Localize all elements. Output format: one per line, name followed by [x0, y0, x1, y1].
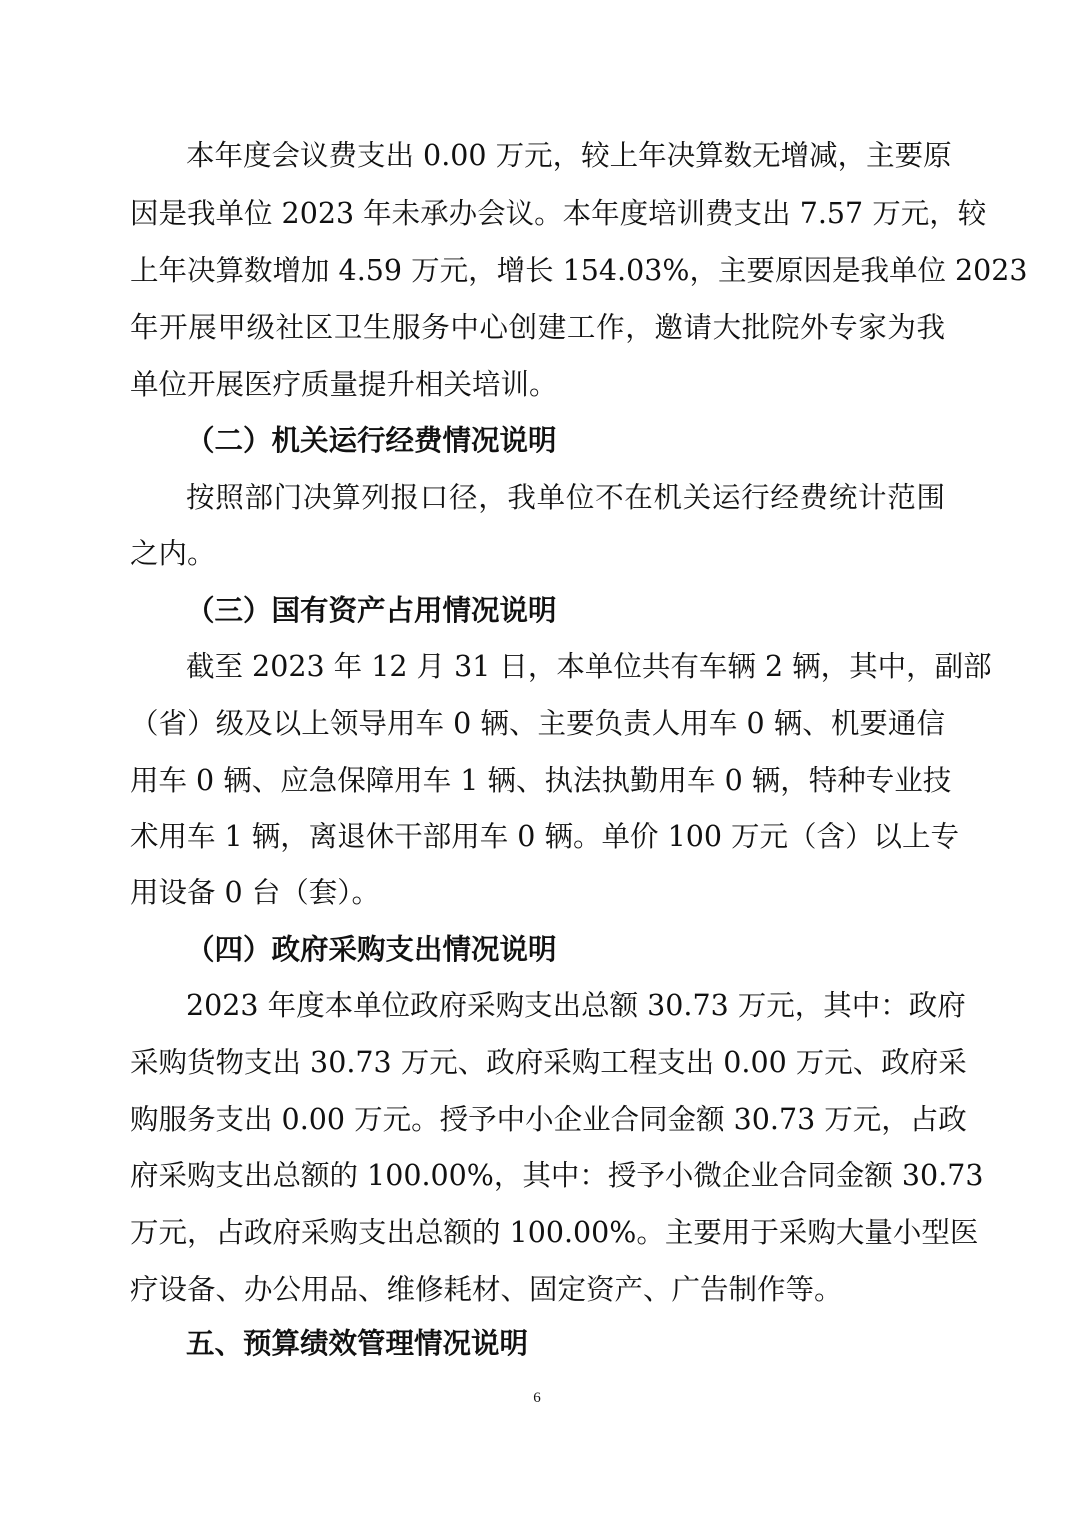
paragraph-line: 万元，占政府采购支出总额的 100.00%。主要用于采购大量小型医 [130, 1213, 945, 1253]
paragraph-line: 单位开展医疗质量提升相关培训。 [130, 365, 945, 405]
paragraph-line: 因是我单位 2023 年未承办会议。本年度培训费支出 7.57 万元，较 [130, 194, 945, 234]
section-heading-operating-expenses: （二）机关运行经费情况说明 [186, 420, 557, 460]
paragraph-line: 本年度会议费支出 0.00 万元，较上年决算数无增减，主要原 [186, 136, 945, 176]
section-heading-state-assets: （三）国有资产占用情况说明 [186, 590, 557, 630]
paragraph-line: 上年决算数增加 4.59 万元，增长 154.03%，主要原因是我单位 2023 [130, 251, 945, 291]
paragraph-line: 2023 年度本单位政府采购支出总额 30.73 万元，其中：政府 [186, 986, 945, 1026]
paragraph-line: 按照部门决算列报口径，我单位不在机关运行经费统计范围 [186, 478, 945, 518]
page-number: 6 [0, 1388, 1074, 1408]
section-heading-performance-management: 五、预算绩效管理情况说明 [186, 1324, 528, 1364]
paragraph-line: 年开展甲级社区卫生服务中心创建工作，邀请大批院外专家为我 [130, 308, 945, 348]
paragraph-line: 府采购支出总额的 100.00%，其中：授予小微企业合同金额 30.73 [130, 1156, 945, 1196]
paragraph-line: 截至 2023 年 12 月 31 日，本单位共有车辆 2 辆，其中，副部 [186, 647, 945, 687]
paragraph-line: 购服务支出 0.00 万元。授予中小企业合同金额 30.73 万元，占政 [130, 1100, 945, 1140]
paragraph-line: 用设备 0 台（套）。 [130, 873, 945, 913]
paragraph-line: 术用车 1 辆，离退休干部用车 0 辆。单价 100 万元（含）以上专 [130, 817, 945, 857]
section-heading-government-procurement: （四）政府采购支出情况说明 [186, 929, 557, 969]
document-page: 本年度会议费支出 0.00 万元，较上年决算数无增减，主要原 因是我单位 202… [0, 0, 1074, 1520]
paragraph-line: 之内。 [130, 534, 945, 574]
paragraph-line: 采购货物支出 30.73 万元、政府采购工程支出 0.00 万元、政府采 [130, 1043, 945, 1083]
paragraph-line: 用车 0 辆、应急保障用车 1 辆、执法执勤用车 0 辆，特种专业技 [130, 761, 945, 801]
paragraph-line: 疗设备、办公用品、维修耗材、固定资产、广告制作等。 [130, 1270, 945, 1310]
paragraph-line: （省）级及以上领导用车 0 辆、主要负责人用车 0 辆、机要通信 [130, 704, 945, 744]
